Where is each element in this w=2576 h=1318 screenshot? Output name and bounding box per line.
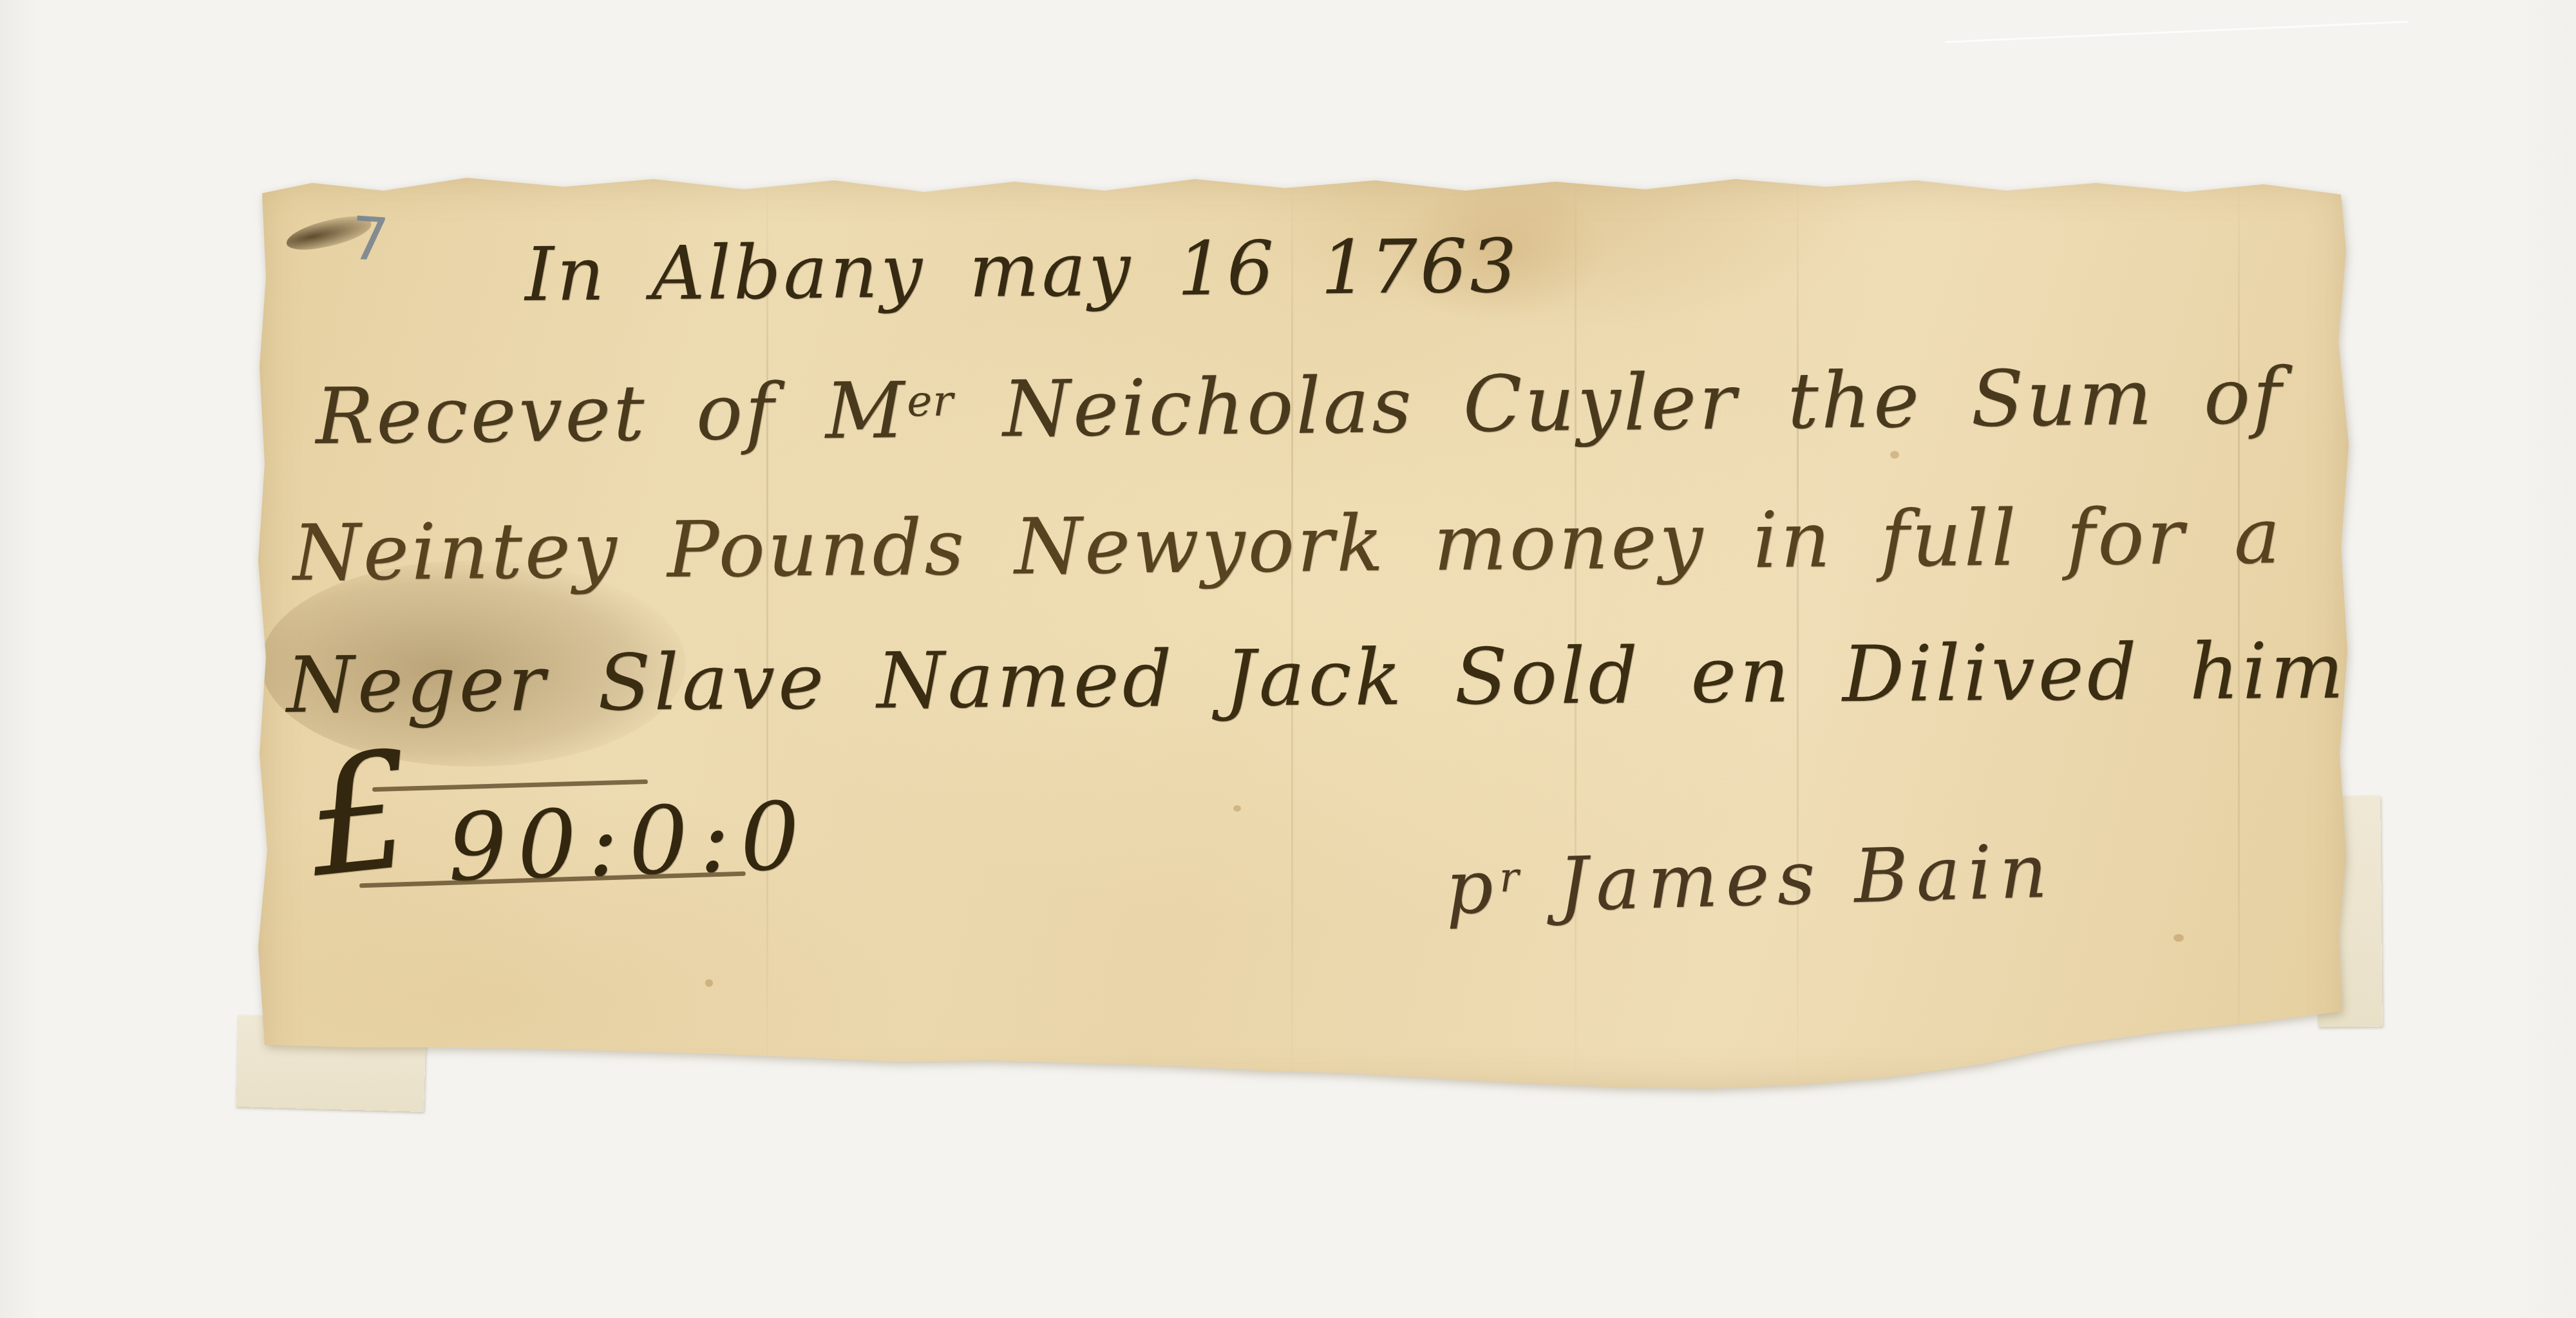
- receipt-dateline: In Albany may 16 1763: [524, 230, 1519, 312]
- foxing-speck: [2173, 934, 2184, 942]
- receipt-paper: 7 In Albany may 16 1763 Recevet of Mer N…: [254, 174, 2354, 1095]
- receipt-body-line-3: Neger Slave Named Jack Sold en Dilived h…: [287, 633, 2347, 725]
- amount-total-block: £ 90:0:0: [309, 734, 760, 902]
- foxing-speck: [1890, 451, 1899, 459]
- pencil-annotation: 7: [348, 204, 391, 275]
- scanner-scratch-mark: [1945, 21, 2408, 43]
- signature-per: p: [1444, 844, 1501, 931]
- foxing-speck: [1233, 805, 1241, 812]
- superscript-r: r: [1499, 853, 1520, 901]
- foxing-speck: [705, 979, 713, 987]
- receipt-body-line-2: Neintey Pounds Newyork money in full for…: [292, 498, 2282, 593]
- pound-sign: £: [301, 729, 419, 900]
- body-line-1-rest: Neicholas Cuyler the Sum of: [953, 352, 2284, 455]
- receipt-body-line-1: Recevet of Mer Neicholas Cuyler the Sum …: [315, 358, 2284, 456]
- body-line-1-text: Recevet of M: [315, 366, 907, 462]
- superscript-er: er: [907, 376, 954, 426]
- signature-name: James Bain: [1557, 828, 2056, 928]
- scanned-document-page: 7 In Albany may 16 1763 Recevet of Mer N…: [0, 0, 2576, 1318]
- receipt-paper-wrap: 7 In Albany may 16 1763 Recevet of Mer N…: [254, 174, 2354, 1095]
